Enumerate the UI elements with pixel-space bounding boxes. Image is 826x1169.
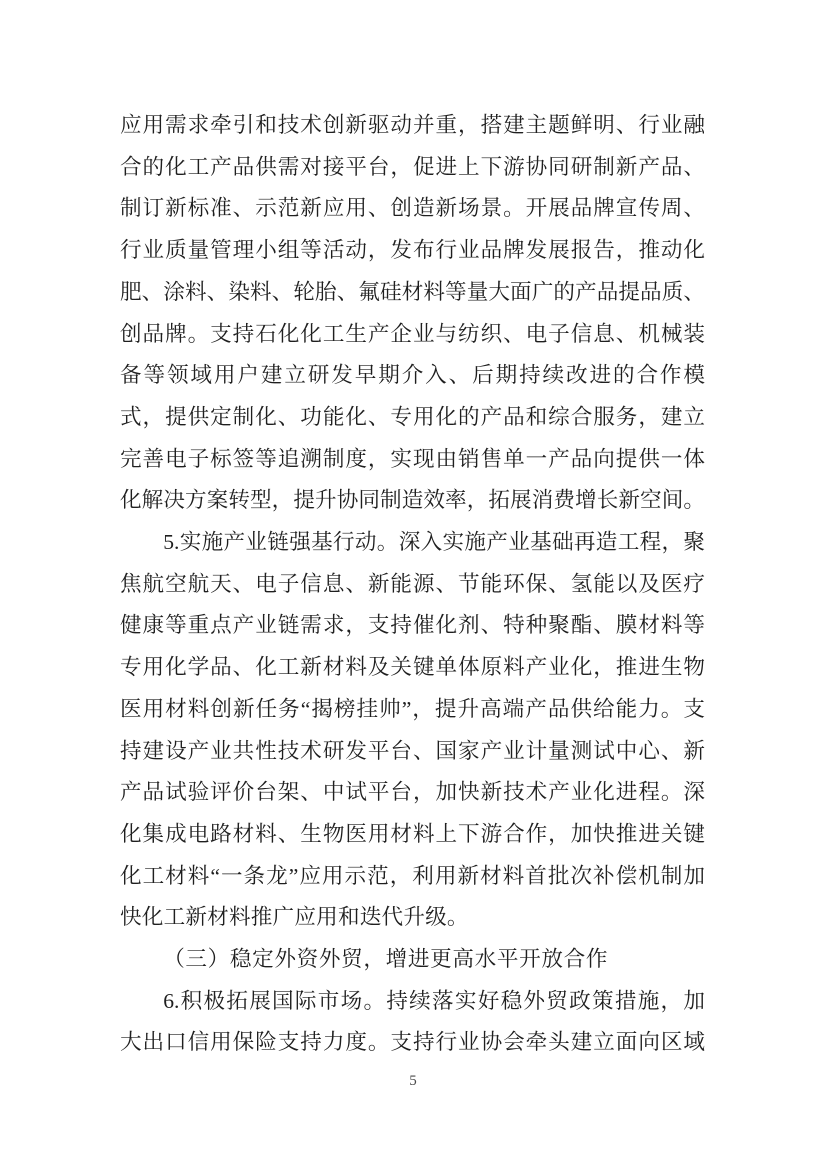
- text-line: 持建设产业共性技术研发平台、国家产业计量测试中心、新: [120, 731, 705, 773]
- text-line: 肥、涂料、染料、轮胎、氟硅材料等量大面广的产品提品质、: [120, 272, 705, 314]
- document-body: 应用需求牵引和技术创新驱动并重，搭建主题鲜明、行业融合的化工产品供需对接平台，促…: [120, 105, 705, 1064]
- text-line: 行业质量管理小组等活动，发布行业品牌发展报告，推动化: [120, 230, 705, 272]
- text-line: 快化工新材料推广应用和迭代升级。: [120, 897, 705, 939]
- text-line: 完善电子标签等追溯制度，实现由销售单一产品向提供一体: [120, 439, 705, 481]
- document-page: 应用需求牵引和技术创新驱动并重，搭建主题鲜明、行业融合的化工产品供需对接平台，促…: [0, 0, 826, 1169]
- text-line: 化工材料“一条龙”应用示范，利用新材料首批次补偿机制加: [120, 856, 705, 898]
- text-line: 健康等重点产业链需求，支持催化剂、特种聚酯、膜材料等: [120, 605, 705, 647]
- text-line: 专用化学品、化工新材料及关键单体原料产业化，推进生物: [120, 647, 705, 689]
- text-line: 6.积极拓展国际市场。持续落实好稳外贸政策措施，加: [120, 981, 705, 1023]
- text-line: 创品牌。支持石化化工生产企业与纺织、电子信息、机械装: [120, 314, 705, 356]
- section-heading-line: （三）稳定外资外贸，增进更高水平开放合作: [120, 939, 705, 981]
- text-line: 化解决方案转型，提升协同制造效率，拓展消费增长新空间。: [120, 480, 705, 522]
- page-number: 5: [0, 1071, 826, 1091]
- text-line: 大出口信用保险支持力度。支持行业协会牵头建立面向区域: [120, 1022, 705, 1064]
- text-line: 式，提供定制化、功能化、专用化的产品和综合服务，建立: [120, 397, 705, 439]
- text-line: 焦航空航天、电子信息、新能源、节能环保、氢能以及医疗: [120, 564, 705, 606]
- text-line: 合的化工产品供需对接平台，促进上下游协同研制新产品、: [120, 147, 705, 189]
- text-line: 化集成电路材料、生物医用材料上下游合作，加快推进关键: [120, 814, 705, 856]
- text-line: 应用需求牵引和技术创新驱动并重，搭建主题鲜明、行业融: [120, 105, 705, 147]
- text-line: 产品试验评价台架、中试平台，加快新技术产业化进程。深: [120, 772, 705, 814]
- text-line: 备等领域用户建立研发早期介入、后期持续改进的合作模: [120, 355, 705, 397]
- text-line: 制订新标准、示范新应用、创造新场景。开展品牌宣传周、: [120, 188, 705, 230]
- text-line: 5.实施产业链强基行动。深入实施产业基础再造工程，聚: [120, 522, 705, 564]
- text-line: 医用材料创新任务“揭榜挂帅”，提升高端产品供给能力。支: [120, 689, 705, 731]
